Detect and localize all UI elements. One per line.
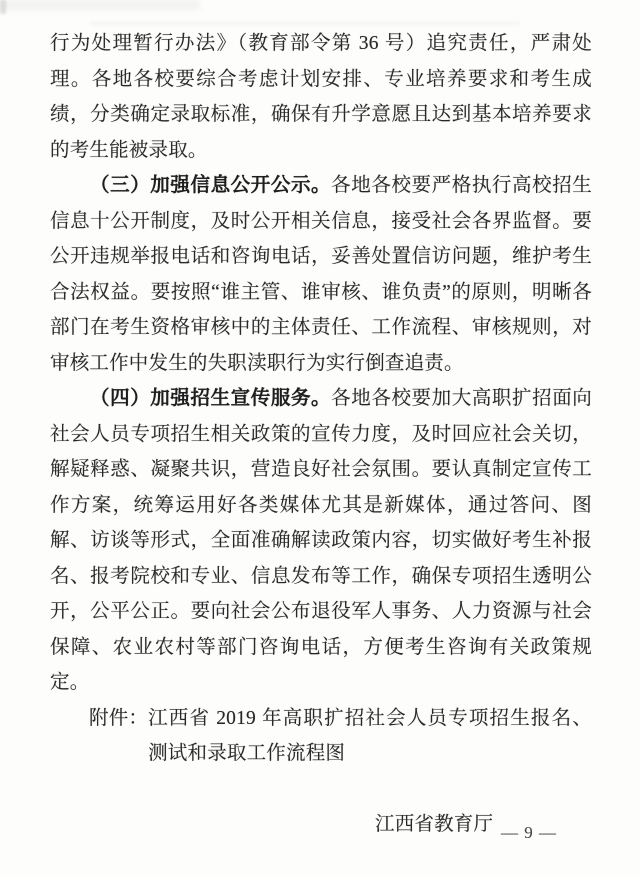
attachment-label: 附件：	[89, 701, 148, 772]
scan-artifact	[0, 0, 200, 10]
paragraph-section-3: （三）加强信息公开公示。各地各校要严格执行高校招生信息十公开制度，及时公开相关信…	[50, 168, 592, 381]
scan-artifact	[0, 0, 6, 14]
scan-artifact	[90, 22, 520, 25]
document-page: 行为处理暂行办法》（教育部令第 36 号）追究责任，严肃处理。各地各校要综合考虑…	[0, 0, 640, 876]
section-heading: （四）加强招生宣传服务。	[90, 388, 331, 409]
paragraph-text: 行为处理暂行办法》（教育部令第 36 号）追究责任，严肃处理。各地各校要综合考虑…	[50, 33, 592, 161]
paragraph-continuation: 行为处理暂行办法》（教育部令第 36 号）追究责任，严肃处理。各地各校要综合考虑…	[50, 26, 592, 168]
document-body: 行为处理暂行办法》（教育部令第 36 号）追究责任，严肃处理。各地各校要综合考虑…	[50, 26, 592, 842]
paragraph-text: 各地各校要加大高职扩招面向社会人员专项招生相关政策的宣传力度，及时回应社会关切，…	[50, 388, 592, 693]
paragraph-section-4: （四）加强招生宣传服务。各地各校要加大高职扩招面向社会人员专项招生相关政策的宣传…	[50, 381, 592, 701]
section-heading: （三）加强信息公开公示。	[90, 175, 331, 196]
attachment-note: 附件： 江西省 2019 年高职扩招社会人员专项招生报名、测试和录取工作流程图	[89, 701, 592, 772]
page-number: — 9 —	[501, 823, 557, 843]
attachment-title: 江西省 2019 年高职扩招社会人员专项招生报名、测试和录取工作流程图	[148, 701, 592, 772]
paragraph-text: 各地各校要严格执行高校招生信息十公开制度，及时公开相关信息，接受社会各界监督。要…	[50, 175, 592, 374]
